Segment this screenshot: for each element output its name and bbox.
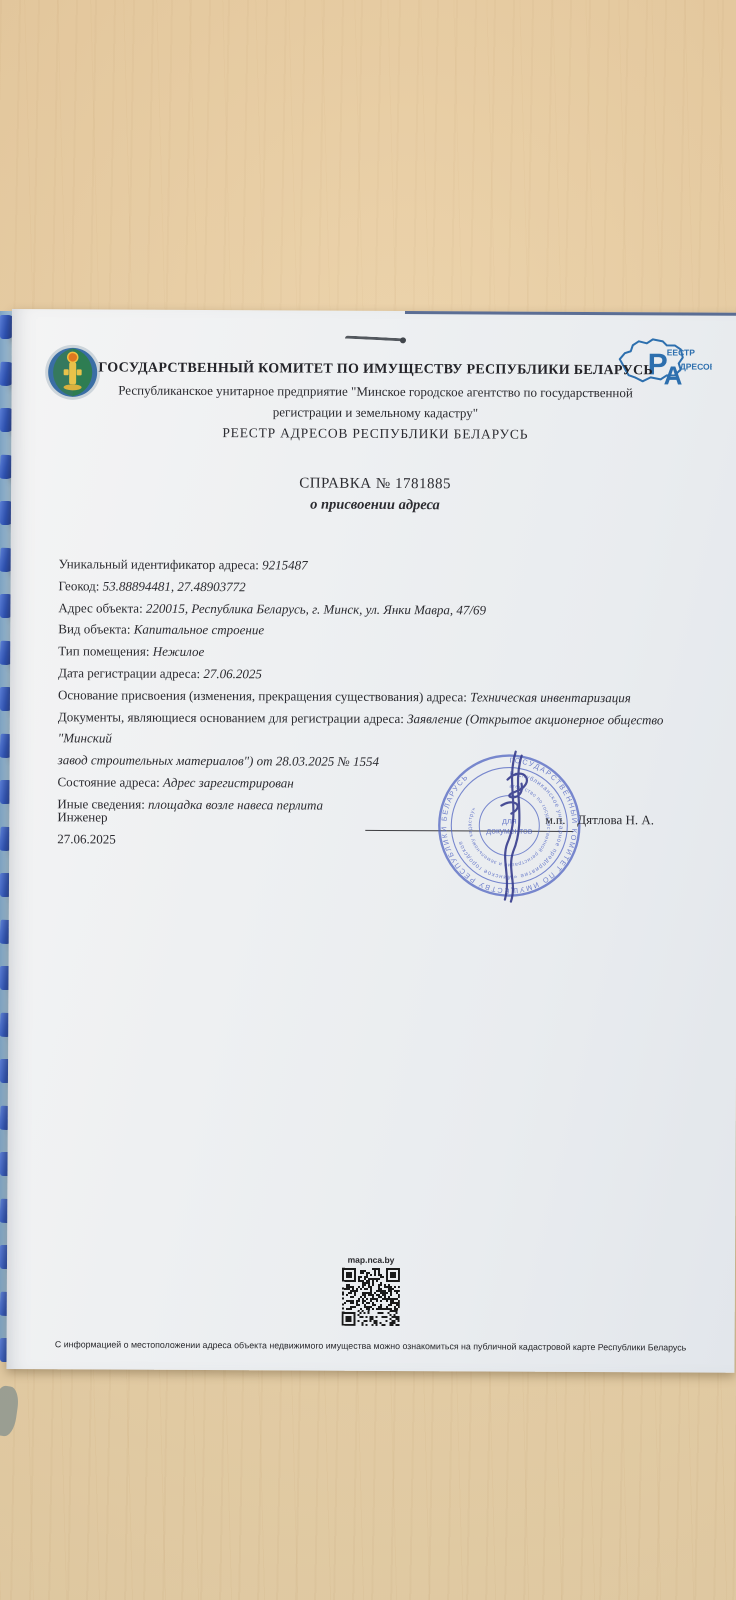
logo-word-reestr: ЕЕСТР	[667, 347, 696, 357]
field-row: Уникальный идентификатор адреса: 9215487	[59, 553, 711, 578]
certificate-subject: о присвоении адреса	[11, 493, 736, 518]
seal-place-mark: м.п.	[545, 813, 565, 828]
field-row: Состояние адреса: Адрес зарегистрирован	[57, 771, 709, 796]
document-page: Р А ЕЕСТР ДРЕСОВ ГОСУДАРСТВЕННЫЙ КОМИТЕТ…	[6, 309, 736, 1373]
stamp-center-line1: для	[502, 816, 517, 826]
signer-position: Инженер	[57, 809, 107, 825]
letterhead: ГОСУДАРСТВЕННЫЙ КОМИТЕТ ПО ИМУЩЕСТВУ РЕС…	[11, 357, 736, 447]
fields-list: Уникальный идентификатор адреса: 9215487…	[57, 553, 710, 818]
binder-corner	[0, 1385, 20, 1438]
qr-block: map.nca.by	[7, 1253, 735, 1333]
field-row: Геокод: 53.88894481, 27.48903772	[58, 575, 710, 600]
qr-code	[342, 1313, 400, 1330]
paper-top-edge	[405, 311, 736, 316]
round-stamp: ГОСУДАРСТВЕННЫЙ КОМИТЕТ ПО ИМУЩЕСТВУ РЕС…	[419, 735, 600, 916]
field-row: Дата регистрации адреса: 27.06.2025	[58, 662, 710, 687]
desk-photo: Р А ЕЕСТР ДРЕСОВ ГОСУДАРСТВЕННЫЙ КОМИТЕТ…	[0, 0, 736, 1600]
footer-note: С информацией о местоположении адреса об…	[7, 1339, 735, 1353]
field-row: Документы, являющиеся основанием для рег…	[58, 706, 710, 775]
document-title: СПРАВКА № 1781885 о присвоении адреса	[11, 471, 736, 518]
field-row: Основание присвоения (изменения, прекращ…	[58, 684, 710, 709]
qr-caption: map.nca.by	[7, 1253, 735, 1267]
registry-name: РЕЕСТР АДРЕСОВ РЕСПУБЛИКИ БЕЛАРУСЬ	[11, 421, 736, 447]
signer-name: Дятлова Н. А.	[577, 812, 654, 828]
org-subname-line1: Республиканское унитарное предприятие "М…	[12, 379, 736, 404]
staple-icon	[345, 335, 403, 349]
signature-date: 27.06.2025	[57, 831, 116, 847]
